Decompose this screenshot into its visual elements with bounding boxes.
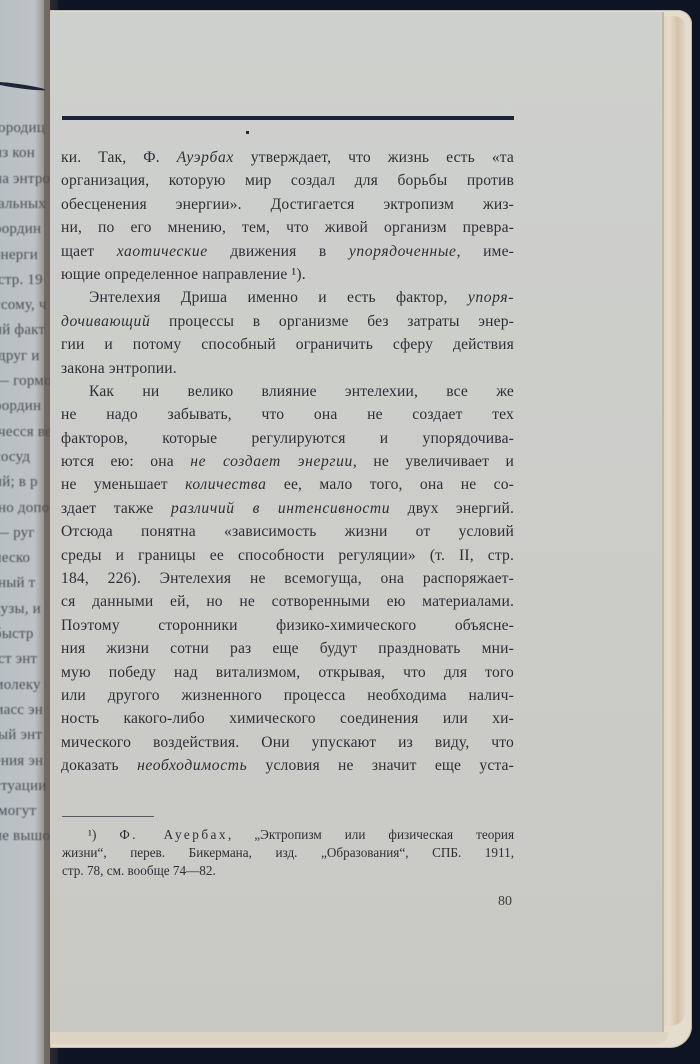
text-segment: Поэтому сторонники физико-химического об… [61, 617, 514, 634]
text-segment: не уменьшает [61, 476, 185, 493]
footnote-rule [62, 816, 154, 817]
text-line: организация, которую мир создал для борь… [61, 169, 514, 192]
left-page-line: на энтро [0, 171, 50, 188]
text-segment: утверждает, что жизнь есть «та [234, 149, 514, 166]
text-line: закона энтропии. [61, 357, 514, 380]
text-line: Как ни велико влияние энтелехии, все же [61, 380, 514, 403]
text-segment: ки. Так, Ф. [61, 149, 177, 166]
left-page-line: сузы, и [0, 601, 41, 618]
left-page-header-rule [0, 80, 46, 92]
left-page-line: стр. 19 [0, 272, 43, 289]
text-line: ки. Так, Ф. Ауэрбах утверждает, что жизн… [61, 146, 514, 169]
text-line: ющие определенное направление ¹). [61, 263, 514, 286]
text-segment: 184, 226). Энтелехия не всемогуща, она р… [61, 570, 514, 587]
text-segment: ния жизни сотни раз еще будут праздноват… [61, 640, 514, 657]
page-number: 80 [498, 894, 512, 910]
text-segment: двух энергий. [390, 500, 514, 517]
text-line: обесценения энергии». Достигается эктроп… [61, 193, 514, 216]
left-page-line: оордин [0, 398, 41, 415]
text-segment: факторов, которые регулируются и упорядо… [61, 430, 514, 447]
left-page-line: быстр [0, 626, 34, 643]
body-text: ки. Так, Ф. Ауэрбах утверждает, что жизн… [61, 146, 514, 778]
text-line: мического воздействия. Они упускают из в… [61, 731, 514, 754]
left-page-line: ный т [0, 575, 35, 592]
left-page-line: не вышо [0, 828, 50, 845]
text-segment: движения в [208, 243, 349, 260]
text-line: Отсюда понятна «зависимость жизни от усл… [61, 520, 514, 543]
left-page-line: ст энт [0, 651, 37, 668]
footnote: ¹) Ф. Ауербах, „Эктропизм или физическая… [62, 826, 514, 880]
emphasized-text: дочивающий [61, 313, 150, 330]
text-segment: закона энтропии. [61, 360, 177, 377]
left-page-line: — гормо [0, 373, 50, 390]
text-line: дочивающий процессы в организме без затр… [61, 310, 514, 333]
text-segment: Энтелехия Дриша именно и есть фактор, [89, 289, 468, 306]
emphasized-text: не создает энергии [190, 453, 353, 470]
left-page-line: ородиц [0, 120, 45, 137]
left-page-line: стуации [0, 778, 46, 795]
text-segment: среды и границы ее способности регуляции… [61, 547, 514, 564]
text-line: ния жизни сотни раз еще будут праздноват… [61, 637, 514, 660]
left-page-line: могут [0, 803, 36, 820]
text-line: факторов, которые регулируются и упорядо… [61, 427, 514, 450]
emphasized-text: хаотические [117, 243, 208, 260]
left-page-line: — руг [0, 525, 35, 542]
emphasized-text: количества [185, 476, 267, 493]
left-page-line: ссому, ч [0, 297, 47, 314]
text-line: доказать необходимость условия не значит… [61, 754, 514, 777]
footnote-line-3: стр. 78, см. вообще 74—82. [62, 862, 514, 880]
emphasized-text: необходимость [137, 757, 247, 774]
text-line: ются ею: она не создает энергии, не увел… [61, 450, 514, 473]
text-line: щает хаотические движения в упорядоченны… [61, 240, 514, 263]
left-page-line: энерги [0, 247, 38, 264]
text-segment: ются ею: она [61, 453, 190, 470]
left-page-line: ый энт [0, 727, 42, 744]
emphasized-text: Ауэрбах [177, 149, 234, 166]
text-segment: ни, по его мнению, тем, что живой органи… [61, 219, 514, 236]
text-segment: доказать [61, 757, 137, 774]
footnote-line-1: ¹) Ф. Ауербах, „Эктропизм или физическая… [62, 826, 514, 844]
left-page-line: друг и [0, 348, 40, 365]
emphasized-text: упоря- [468, 289, 514, 306]
text-line: среды и границы ее способности регуляции… [61, 544, 514, 567]
text-segment: мую победу над витализмом, открывая, что… [61, 664, 514, 681]
text-segment: условия не значит еще уста- [247, 757, 514, 774]
left-page-line: ения эн [0, 753, 43, 770]
text-segment: ся данными ей, но не сотворенными ею мат… [61, 593, 514, 610]
left-page-line: молеку [0, 677, 41, 694]
left-page-line: оордин [0, 221, 41, 238]
left-page-fragment: ородициз конна энтроальных фоординэнерги… [0, 0, 50, 1064]
text-line: ни, по его мнению, тем, что живой органи… [61, 216, 514, 239]
left-page-line: альных ф [0, 196, 50, 213]
emphasized-text: различий в интенсивности [171, 500, 390, 517]
left-page-line: ческо [0, 550, 30, 567]
text-line: здает также различий в интенсивности дву… [61, 497, 514, 520]
left-page-line: ий; в р [0, 474, 38, 491]
text-segment: ющие определенное направление ¹). [61, 266, 306, 283]
text-segment: , име- [457, 243, 514, 260]
text-line: мую победу над витализмом, открывая, что… [61, 661, 514, 684]
text-line: гии и потому способный ограничить сферу … [61, 333, 514, 356]
text-segment: Как ни велико влияние энтелехии, все же [89, 383, 514, 400]
text-line: Энтелехия Дриша именно и есть фактор, уп… [61, 286, 514, 309]
text-segment: , не увеличивает и [353, 453, 514, 470]
text-segment: процессы в организме без затраты энер- [150, 313, 514, 330]
header-dot [246, 131, 249, 134]
text-segment: мического воздействия. Они упускают из в… [61, 734, 514, 751]
text-segment: или другого жизненного процесса необходи… [61, 687, 514, 704]
left-page-line: ий факт [0, 322, 45, 339]
footnote-author: Ф. Ауербах [119, 827, 228, 842]
left-page-line: но допо [0, 500, 49, 517]
left-page-line: из кон [0, 145, 35, 162]
emphasized-text: упорядоченные [349, 243, 457, 260]
footnote-title: , „Эктропизм или физическая теория [228, 827, 514, 842]
text-segment: гии и потому способный ограничить сферу … [61, 336, 514, 353]
footnote-marker: ¹) [62, 827, 96, 842]
text-line: не уменьшает количества ее, мало того, о… [61, 473, 514, 496]
text-line: ность какого-либо химического соединения… [61, 707, 514, 730]
text-segment: здает также [61, 500, 171, 517]
left-page-line: масс эн [0, 702, 43, 719]
left-page-line: сосуд [0, 449, 30, 466]
text-segment: не надо забывать, что она не создает тех [61, 406, 514, 423]
text-segment: ее, мало того, она не со- [267, 476, 514, 493]
text-segment: Отсюда понятна «зависимость жизни от усл… [61, 523, 514, 540]
right-page: ки. Так, Ф. Ауэрбах утверждает, что жизн… [50, 12, 664, 1032]
text-segment: обесценения энергии». Достигается эктроп… [61, 196, 514, 213]
text-segment: организация, которую мир создал для борь… [61, 172, 514, 189]
page-bottom-edge [50, 1032, 668, 1044]
text-line: 184, 226). Энтелехия не всемогуща, она р… [61, 567, 514, 590]
text-segment: ность какого-либо химического соединения… [61, 710, 514, 727]
text-line: ся данными ей, но не сотворенными ею мат… [61, 590, 514, 613]
footnote-line-2: жизни“, перев. Бикермана, изд. „Образова… [62, 844, 514, 862]
text-line: или другого жизненного процесса необходи… [61, 684, 514, 707]
text-segment: щает [61, 243, 117, 260]
left-page-line: чесся ве [0, 424, 50, 441]
header-rule [62, 116, 514, 120]
text-line: Поэтому сторонники физико-химического об… [61, 614, 514, 637]
text-line: не надо забывать, что она не создает тех [61, 403, 514, 426]
